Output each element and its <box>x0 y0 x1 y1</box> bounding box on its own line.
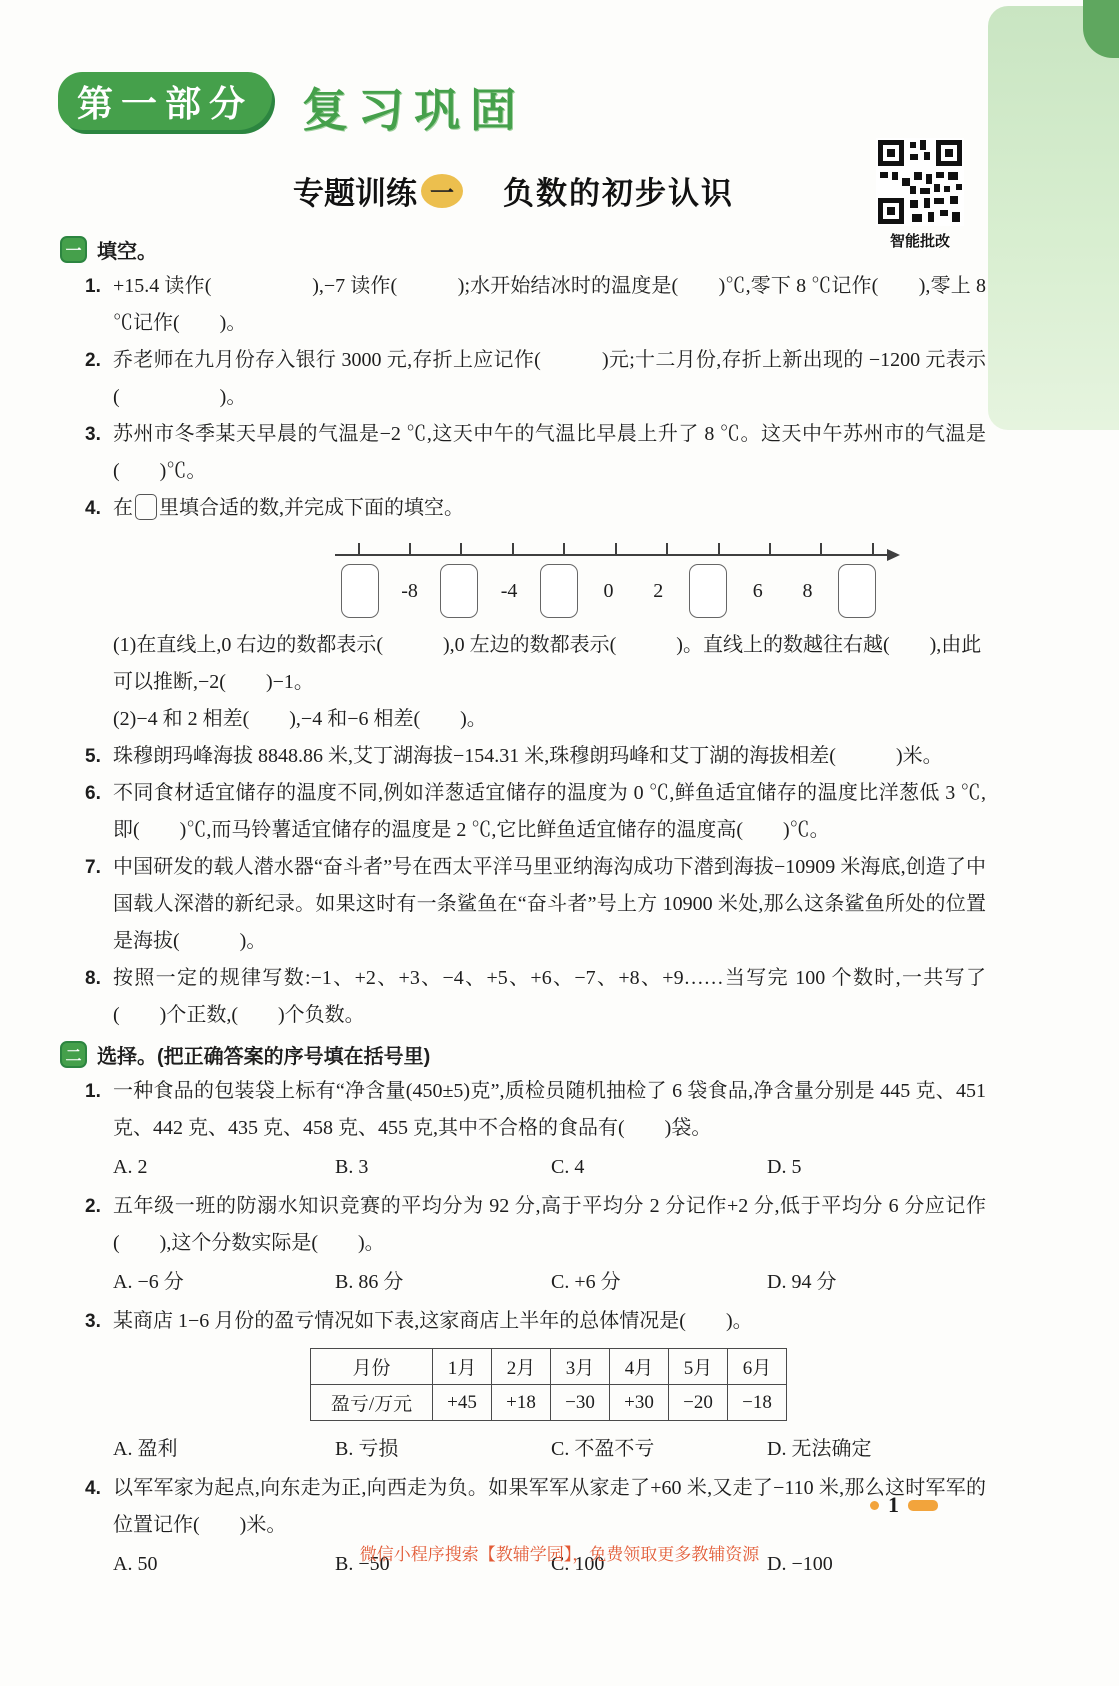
question-number: 4. <box>85 1470 113 1544</box>
choice-c: C. +6 分 <box>551 1262 767 1303</box>
number-line-cell: -8 <box>385 562 435 620</box>
number-line-cell: 6 <box>733 562 783 620</box>
table-cell: 1月 <box>433 1349 492 1385</box>
question-text: 不同食材适宜储存的温度不同,例如洋葱适宜储存的温度为 0 ℃,鲜鱼适宜储存的温度… <box>113 775 986 849</box>
fill-box-icon <box>135 494 157 520</box>
s1-q4-sub1: (1)在直线上,0 右边的数都表示( ),0 左边的数都表示( )。直线上的数越… <box>113 627 986 701</box>
lesson-title-row: 专题训练 一 负数的初步认识 <box>293 168 734 213</box>
table-row: 月份 1月 2月 3月 4月 5月 6月 <box>311 1349 787 1385</box>
footer-promo-text: 微信小程序搜索【教辅学园】，免费领取更多教辅资源 <box>0 1540 1119 1565</box>
number-line-cell: 8 <box>783 562 833 620</box>
choice-c: C. 4 <box>551 1147 767 1188</box>
number-line-cell: 2 <box>633 562 683 620</box>
lesson-prefix: 专题训练 <box>293 168 417 213</box>
tick <box>563 543 565 555</box>
part-title: 复习巩固 <box>302 74 526 140</box>
number-line-cell: 0 <box>584 562 634 620</box>
worksheet-body: 一 填空。 1. +15.4 读作( ),−7 读作( );水开始结冰时的温度是… <box>60 233 986 1585</box>
number-line-figure: -8 -4 0 2 6 8 <box>335 535 900 623</box>
table-cell: 5月 <box>669 1349 728 1385</box>
pagination: 1 <box>870 1492 938 1518</box>
q4-intro-suffix: 里填合适的数,并完成下面的填空。 <box>159 497 464 519</box>
s2-question-1: 1. 一种食品的包装袋上标有“净含量(450±5)克”,质检员随机抽检了 6 袋… <box>60 1073 986 1147</box>
s1-question-8: 8. 按照一定的规律写数:−1、+2、+3、−4、+5、+6、−7、+8、+9…… <box>60 960 986 1034</box>
choice-c: C. 不盈不亏 <box>551 1429 767 1470</box>
s2-q1-choices: A. 2 B. 3 C. 4 D. 5 <box>113 1147 986 1188</box>
choice-d: D. 5 <box>767 1147 986 1188</box>
question-text: 乔老师在九月份存入银行 3000 元,存折上应记作( )元;十二月份,存折上新出… <box>113 342 986 416</box>
q4-intro-prefix: 在 <box>113 497 133 519</box>
question-number: 1. <box>85 268 113 342</box>
page-bar-icon <box>908 1500 938 1511</box>
question-number: 5. <box>85 738 113 775</box>
table-cell: 4月 <box>610 1349 669 1385</box>
s1-question-5: 5. 珠穆朗玛峰海拔 8848.86 米,艾丁湖海拔−154.31 米,珠穆朗玛… <box>60 738 986 775</box>
profit-loss-table: 月份 1月 2月 3月 4月 5月 6月 盈亏/万元 +45 +18 −30 +… <box>310 1348 787 1421</box>
page-number: 1 <box>888 1492 899 1518</box>
question-number: 6. <box>85 775 113 849</box>
question-number: 3. <box>85 416 113 490</box>
question-number: 2. <box>85 342 113 416</box>
number-line-cell <box>832 562 882 620</box>
number-line-labels: -8 -4 0 2 6 8 <box>335 562 882 620</box>
section2-header: 二 选择。(把正确答案的序号填在括号里) <box>60 1040 986 1069</box>
tick <box>769 543 771 555</box>
answer-box <box>540 564 578 618</box>
tick <box>666 543 668 555</box>
table-cell: +18 <box>492 1385 551 1421</box>
s1-q4-sub2: (2)−4 和 2 相差( ),−4 和−6 相差( )。 <box>113 701 986 738</box>
question-number: 7. <box>85 849 113 960</box>
question-number: 2. <box>85 1188 113 1262</box>
answer-box <box>341 564 379 618</box>
choice-a: A. 2 <box>113 1147 335 1188</box>
question-number: 4. <box>85 490 113 527</box>
s2-question-3: 3. 某商店 1−6 月份的盈亏情况如下表,这家商店上半年的总体情况是( )。 <box>60 1303 986 1340</box>
tick <box>718 543 720 555</box>
question-text: 按照一定的规律写数:−1、+2、+3、−4、+5、+6、−7、+8、+9……当写… <box>113 960 986 1034</box>
question-text: 珠穆朗玛峰海拔 8848.86 米,艾丁湖海拔−154.31 米,珠穆朗玛峰和艾… <box>113 738 986 775</box>
qr-code-icon <box>876 138 964 226</box>
choice-a: A. −6 分 <box>113 1262 335 1303</box>
choice-b: B. 3 <box>335 1147 551 1188</box>
number-line-cell: -4 <box>484 562 534 620</box>
section1-badge: 一 <box>60 236 87 263</box>
question-text: 五年级一班的防溺水知识竞赛的平均分为 92 分,高于平均分 2 分记作+2 分,… <box>113 1188 986 1262</box>
s2-q2-choices: A. −6 分 B. 86 分 C. +6 分 D. 94 分 <box>113 1262 986 1303</box>
table-cell: 6月 <box>728 1349 787 1385</box>
question-number: 8. <box>85 960 113 1034</box>
table-cell: −18 <box>728 1385 787 1421</box>
number-line-cell <box>434 562 484 620</box>
decorative-side-panel <box>988 6 1119 430</box>
question-number: 3. <box>85 1303 113 1340</box>
choice-a: A. 盈利 <box>113 1429 335 1470</box>
tick <box>460 543 462 555</box>
table-cell: +30 <box>610 1385 669 1421</box>
table-cell: 盈亏/万元 <box>311 1385 433 1421</box>
table-cell: 2月 <box>492 1349 551 1385</box>
choice-b: B. 86 分 <box>335 1262 551 1303</box>
s1-question-6: 6. 不同食材适宜储存的温度不同,例如洋葱适宜储存的温度为 0 ℃,鲜鱼适宜储存… <box>60 775 986 849</box>
choice-d: D. 94 分 <box>767 1262 986 1303</box>
tick <box>820 543 822 555</box>
question-text: 某商店 1−6 月份的盈亏情况如下表,这家商店上半年的总体情况是( )。 <box>113 1303 986 1340</box>
tick <box>409 543 411 555</box>
tick <box>512 543 514 555</box>
page-dot-icon <box>870 1501 879 1510</box>
lesson-title: 负数的初步认识 <box>503 168 734 213</box>
choice-b: B. 亏损 <box>335 1429 551 1470</box>
table-cell: 月份 <box>311 1349 433 1385</box>
s2-question-4: 4. 以军军家为起点,向东走为正,向西走为负。如果军军从家走了+60 米,又走了… <box>60 1470 986 1544</box>
question-text: 以军军家为起点,向东走为正,向西走为负。如果军军从家走了+60 米,又走了−11… <box>113 1470 986 1544</box>
number-line-cell <box>534 562 584 620</box>
tick <box>872 543 874 555</box>
s1-question-3: 3. 苏州市冬季某天早晨的气温是−2 ℃,这天中午的气温比早晨上升了 8 ℃。这… <box>60 416 986 490</box>
s1-question-1: 1. +15.4 读作( ),−7 读作( );水开始结冰时的温度是( )℃,零… <box>60 268 986 342</box>
s1-question-2: 2. 乔老师在九月份存入银行 3000 元,存折上应记作( )元;十二月份,存折… <box>60 342 986 416</box>
tick <box>615 543 617 555</box>
question-number: 1. <box>85 1073 113 1147</box>
part-badge: 第一部分 <box>58 72 272 130</box>
s2-question-2: 2. 五年级一班的防溺水知识竞赛的平均分为 92 分,高于平均分 2 分记作+2… <box>60 1188 986 1262</box>
section1-title: 填空。 <box>97 235 157 264</box>
section2-badge: 二 <box>60 1041 87 1068</box>
table-cell: 3月 <box>551 1349 610 1385</box>
answer-box <box>838 564 876 618</box>
table-cell: +45 <box>433 1385 492 1421</box>
lesson-number-badge: 一 <box>421 174 463 208</box>
table-cell: −30 <box>551 1385 610 1421</box>
s1-question-4: 4. 在里填合适的数,并完成下面的填空。 <box>60 490 986 527</box>
s1-question-7: 7. 中国研发的载人潜水器“奋斗者”号在西太平洋马里亚纳海沟成功下潜到海拔−10… <box>60 849 986 960</box>
question-text: 在里填合适的数,并完成下面的填空。 <box>113 490 986 527</box>
question-text: 苏州市冬季某天早晨的气温是−2 ℃,这天中午的气温比早晨上升了 8 ℃。这天中午… <box>113 416 986 490</box>
section2-title: 选择。(把正确答案的序号填在括号里) <box>97 1040 430 1069</box>
number-line-cell <box>683 562 733 620</box>
section1-header: 一 填空。 <box>60 235 986 264</box>
table-row: 盈亏/万元 +45 +18 −30 +30 −20 −18 <box>311 1385 787 1421</box>
s2-q3-choices: A. 盈利 B. 亏损 C. 不盈不亏 D. 无法确定 <box>113 1429 986 1470</box>
question-text: 一种食品的包装袋上标有“净含量(450±5)克”,质检员随机抽检了 6 袋食品,… <box>113 1073 986 1147</box>
number-line-arrow-icon <box>887 549 900 561</box>
answer-box <box>689 564 727 618</box>
tick <box>358 543 360 555</box>
question-text: +15.4 读作( ),−7 读作( );水开始结冰时的温度是( )℃,零下 8… <box>113 268 986 342</box>
part-badge-label: 第一部分 <box>77 76 253 127</box>
choice-d: D. 无法确定 <box>767 1429 986 1470</box>
answer-box <box>440 564 478 618</box>
table-cell: −20 <box>669 1385 728 1421</box>
number-line-axis <box>335 554 892 556</box>
question-text: 中国研发的载人潜水器“奋斗者”号在西太平洋马里亚纳海沟成功下潜到海拔−10909… <box>113 849 986 960</box>
number-line-cell <box>335 562 385 620</box>
